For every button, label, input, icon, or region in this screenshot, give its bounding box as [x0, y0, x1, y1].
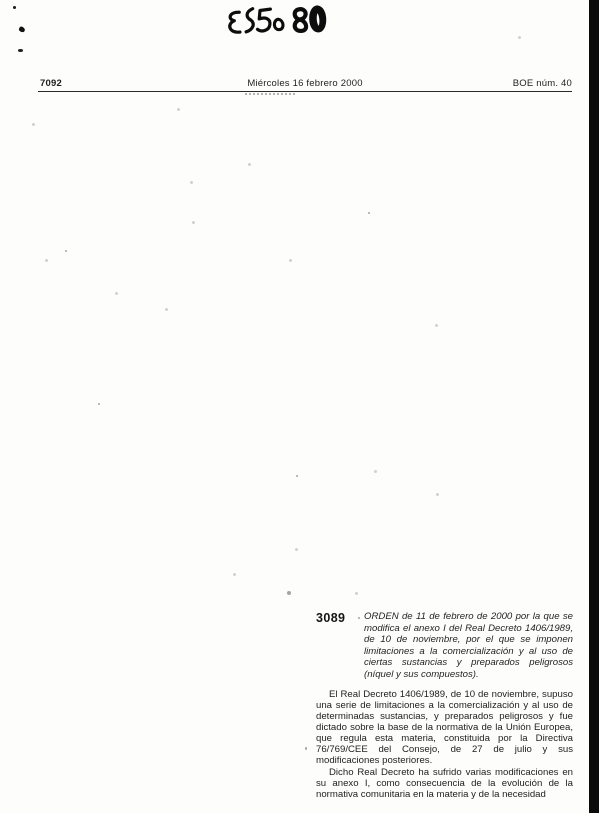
scan-speck	[305, 747, 307, 750]
scan-speck	[435, 324, 438, 327]
article-paragraph-2: Dicho Real Decreto ha sufrido varias mod…	[316, 767, 573, 800]
scan-speck	[358, 617, 360, 619]
scan-speck	[296, 475, 298, 477]
scan-speck	[518, 36, 521, 39]
scan-speck	[436, 493, 439, 496]
scan-edge-bar	[589, 0, 599, 813]
scan-speck	[192, 221, 195, 224]
scan-speck	[355, 592, 358, 595]
scan-speck	[13, 6, 16, 9]
scan-speck	[287, 591, 291, 595]
article-title: ORDEN de 11 de febrero de 2000 por la qu…	[364, 611, 573, 681]
scan-speck	[32, 123, 35, 126]
handwritten-annotation	[223, 1, 354, 44]
article-number: 3089	[316, 611, 364, 681]
page-header: 7092 Miércoles 16 febrero 2000 BOE núm. …	[38, 78, 572, 91]
article-paragraph-1: El Real Decreto 1406/1989, de 10 de novi…	[316, 689, 573, 766]
scan-speck	[115, 292, 118, 295]
article-heading: 3089 ORDEN de 11 de febrero de 2000 por …	[316, 611, 573, 681]
handwriting-strokes-icon	[223, 1, 354, 44]
scan-speck	[295, 548, 298, 551]
scan-speck	[177, 108, 180, 111]
header-date: Miércoles 16 febrero 2000	[38, 78, 572, 89]
scan-artifact-dotted	[245, 93, 295, 95]
scan-speck	[18, 26, 26, 33]
scan-speck	[18, 49, 23, 52]
scan-speck	[45, 259, 48, 262]
header-issue-number: BOE núm. 40	[513, 78, 572, 89]
article-3089: 3089 ORDEN de 11 de febrero de 2000 por …	[316, 611, 573, 800]
scan-speck	[248, 163, 251, 166]
scan-speck	[233, 573, 236, 576]
scan-speck	[289, 259, 292, 262]
article-body: El Real Decreto 1406/1989, de 10 de novi…	[316, 689, 573, 800]
scan-speck	[374, 470, 377, 473]
scan-speck	[368, 212, 370, 214]
scanned-page: 7092 Miércoles 16 febrero 2000 BOE núm. …	[0, 0, 599, 813]
scan-speck	[98, 403, 100, 405]
scan-speck	[65, 250, 67, 252]
header-rule	[38, 91, 572, 92]
scan-speck	[190, 181, 193, 184]
scan-speck	[165, 308, 168, 311]
